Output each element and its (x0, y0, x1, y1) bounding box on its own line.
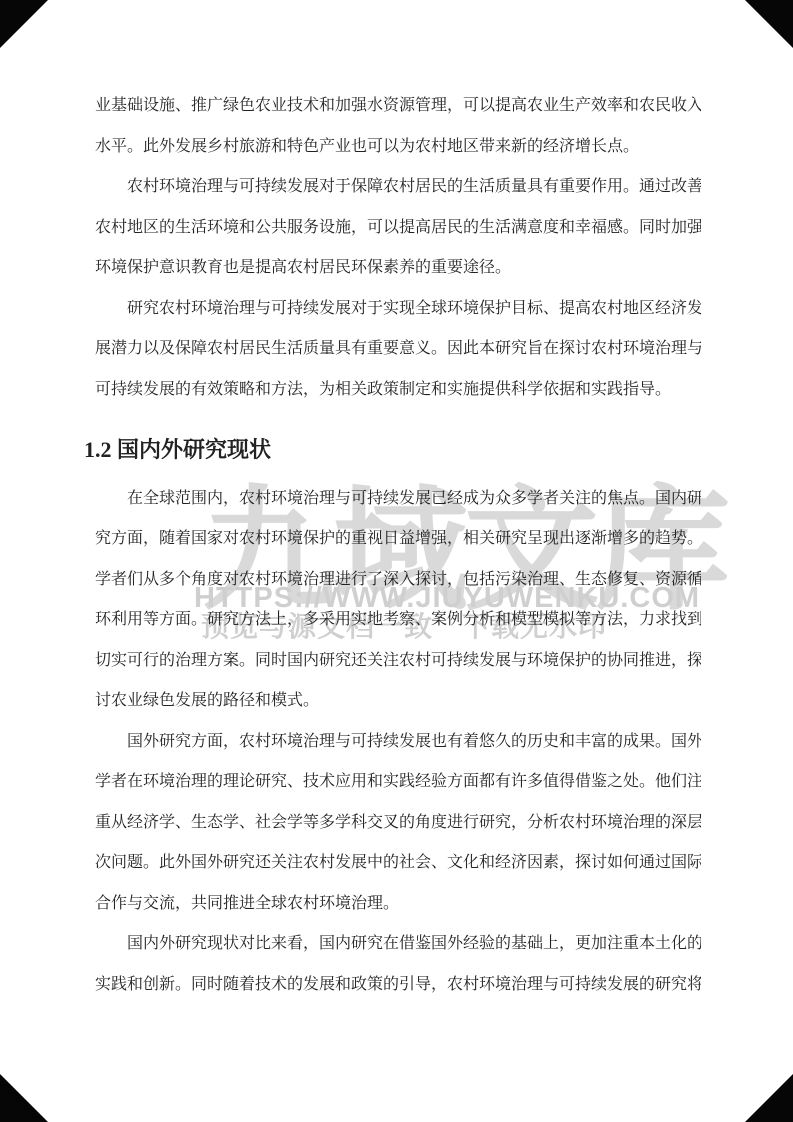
body-line: 学者在环境治理的理论研究、技术应用和实践经验方面都有许多值得借鉴之处。他们注 (95, 762, 701, 803)
body-line: 展潜力以及保障农村居民生活质量具有重要意义。因此本研究旨在探讨农村环境治理与 (95, 329, 701, 370)
body-line: 学者们从多个角度对农村环境治理进行了深入探讨，包括污染治理、生态修复、资源循 (95, 560, 701, 601)
section-heading: 1.2 国内外研究现状 (84, 430, 701, 471)
body-line: 水平。此外发展乡村旅游和特色产业也可以为农村地区带来新的经济增长点。 (95, 127, 701, 168)
body-line: 可持续发展的有效策略和方法，为相关政策制定和实施提供科学依据和实践指导。 (95, 370, 701, 411)
body-line: 业基础设施、推广绿色农业技术和加强水资源管理，可以提高农业生产效率和农民收入 (95, 86, 701, 127)
document-text-body: 业基础设施、推广绿色农业技术和加强水资源管理，可以提高农业生产效率和农民收入水平… (0, 0, 793, 1122)
body-line: 次问题。此外国外研究还关注农村发展中的社会、文化和经济因素，探讨如何通过国际 (95, 843, 701, 884)
body-line: 研究农村环境治理与可持续发展对于实现全球环境保护目标、提高农村地区经济发 (95, 289, 701, 330)
body-line: 国内外研究现状对比来看，国内研究在借鉴国外经验的基础上，更加注重本土化的 (95, 924, 701, 965)
body-line: 切实可行的治理方案。同时国内研究还关注农村可持续发展与环境保护的协同推进，探 (95, 641, 701, 682)
body-line: 国外研究方面，农村环境治理与可持续发展也有着悠久的历史和丰富的成果。国外 (95, 722, 701, 763)
body-line: 农村地区的生活环境和公共服务设施，可以提高居民的生活满意度和幸福感。同时加强 (95, 208, 701, 249)
body-line: 在全球范围内，农村环境治理与可持续发展已经成为众多学者关注的焦点。国内研 (95, 479, 701, 520)
body-line: 农村环境治理与可持续发展对于保障农村居民的生活质量具有重要作用。通过改善 (95, 167, 701, 208)
document-page: 九域文库 HTTPS://WWW.JIUYUWENKU.COM 预览与源文档一致… (0, 0, 793, 1122)
body-line: 究方面，随着国家对农村环境保护的重视日益增强，相关研究呈现出逐渐增多的趋势。 (95, 519, 701, 560)
body-line: 重从经济学、生态学、社会学等多学科交叉的角度进行研究，分析农村环境治理的深层 (95, 803, 701, 844)
body-line: 讨农业绿色发展的路径和模式。 (95, 681, 701, 722)
body-line: 环境保护意识教育也是提高农村居民环保素养的重要途径。 (95, 248, 701, 289)
body-line: 实践和创新。同时随着技术的发展和政策的引导，农村环境治理与可持续发展的研究将 (95, 965, 701, 1006)
body-line: 合作与交流，共同推进全球农村环境治理。 (95, 884, 701, 925)
body-line: 环利用等方面。研究方法上，多采用实地考察、案例分析和模型模拟等方法，力求找到 (95, 600, 701, 641)
